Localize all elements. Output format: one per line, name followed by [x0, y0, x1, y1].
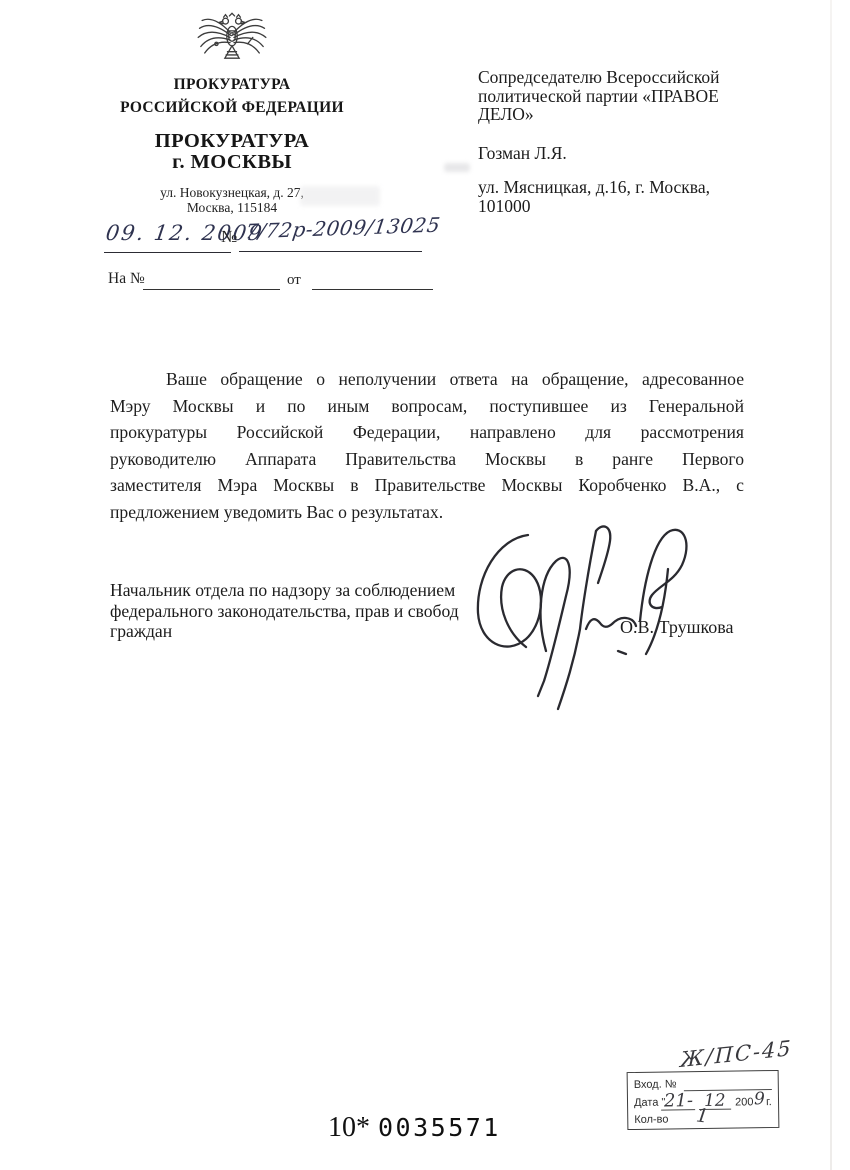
recipient-line: Сопредседателю Всероссийской: [478, 68, 818, 87]
office-name-line1: ПРОКУРАТУРА: [92, 131, 372, 152]
number-symbol: №: [221, 227, 237, 247]
org-name-line2: РОССИЙСКОЙ ФЕДЕРАЦИИ: [92, 99, 372, 116]
letterhead: ПРОКУРАТУРА РОССИЙСКОЙ ФЕДЕРАЦИИ ПРОКУРА…: [92, 10, 372, 215]
body-line: прокуратуры Российской Федерации, направ…: [110, 419, 744, 446]
recipient-name: Гозман Л.Я.: [478, 144, 818, 163]
recipient-line: ДЕЛО»: [478, 105, 818, 124]
body-line: руководителю Аппарата Правительства Моск…: [110, 446, 744, 473]
scan-smudge: [444, 163, 470, 172]
recipient-address-line1: ул. Мясницкая, д.16, г. Москва,: [478, 178, 818, 197]
incoming-registration-stamp: Вход. № Дата " 21- 12 200 9 г. Кол-во 1: [627, 1070, 780, 1130]
stamp-year-printed: 200: [735, 1096, 754, 1108]
stamp-quantity-handwritten: 1: [695, 1104, 710, 1127]
body-line: Мэру Москвы и по иным вопросам, поступив…: [110, 393, 744, 420]
reply-from-label: от: [287, 272, 301, 289]
org-name-line1: ПРОКУРАТУРА: [92, 76, 372, 93]
reply-number-underline: [143, 288, 280, 290]
stamp-number-digits: 0035571: [378, 1113, 501, 1142]
recipient-address-line2: 101000: [478, 197, 818, 216]
scan-smudge: [300, 186, 380, 206]
coat-of-arms-icon: [193, 10, 271, 70]
recipient-line: политической партии «ПРАВОЕ: [478, 87, 818, 106]
reply-to-number-label: На №: [108, 270, 145, 288]
stamp-incoming-label: Вход. №: [634, 1078, 677, 1091]
signature-icon: [468, 521, 708, 721]
reply-date-underline: [312, 288, 433, 290]
scan-artifact-line: [830, 0, 832, 1170]
handwritten-date: 09. 12. 2009: [104, 221, 265, 245]
document-stamp-number: 10*0035571: [328, 1112, 501, 1144]
stamp-number-prefix: 10*: [328, 1112, 370, 1143]
body-line: заместителя Мэра Москвы в Правительстве …: [110, 472, 744, 499]
body-line: Ваше обращение о неполучении ответа на о…: [110, 366, 744, 393]
office-name-line2: г. МОСКВЫ: [92, 152, 372, 173]
handwritten-outgoing-number: 7/72р-2009/13025: [244, 213, 442, 244]
stamp-year-handwritten: 9: [754, 1089, 765, 1109]
number-underline: [239, 250, 422, 252]
date-underline: [104, 251, 231, 253]
body-paragraph: Ваше обращение о неполучении ответа на о…: [110, 366, 744, 526]
stamp-quantity-label: Кол-во: [634, 1113, 668, 1125]
stamp-date-label: Дата ": [634, 1097, 665, 1109]
stamp-incoming-number-handwritten: Ж/ПС-45: [680, 1036, 793, 1072]
recipient-block: Сопредседателю Всероссийской политическо…: [478, 68, 818, 215]
document-page: ПРОКУРАТУРА РОССИЙСКОЙ ФЕДЕРАЦИИ ПРОКУРА…: [0, 0, 850, 1170]
stamp-year-suffix: г.: [766, 1096, 772, 1108]
